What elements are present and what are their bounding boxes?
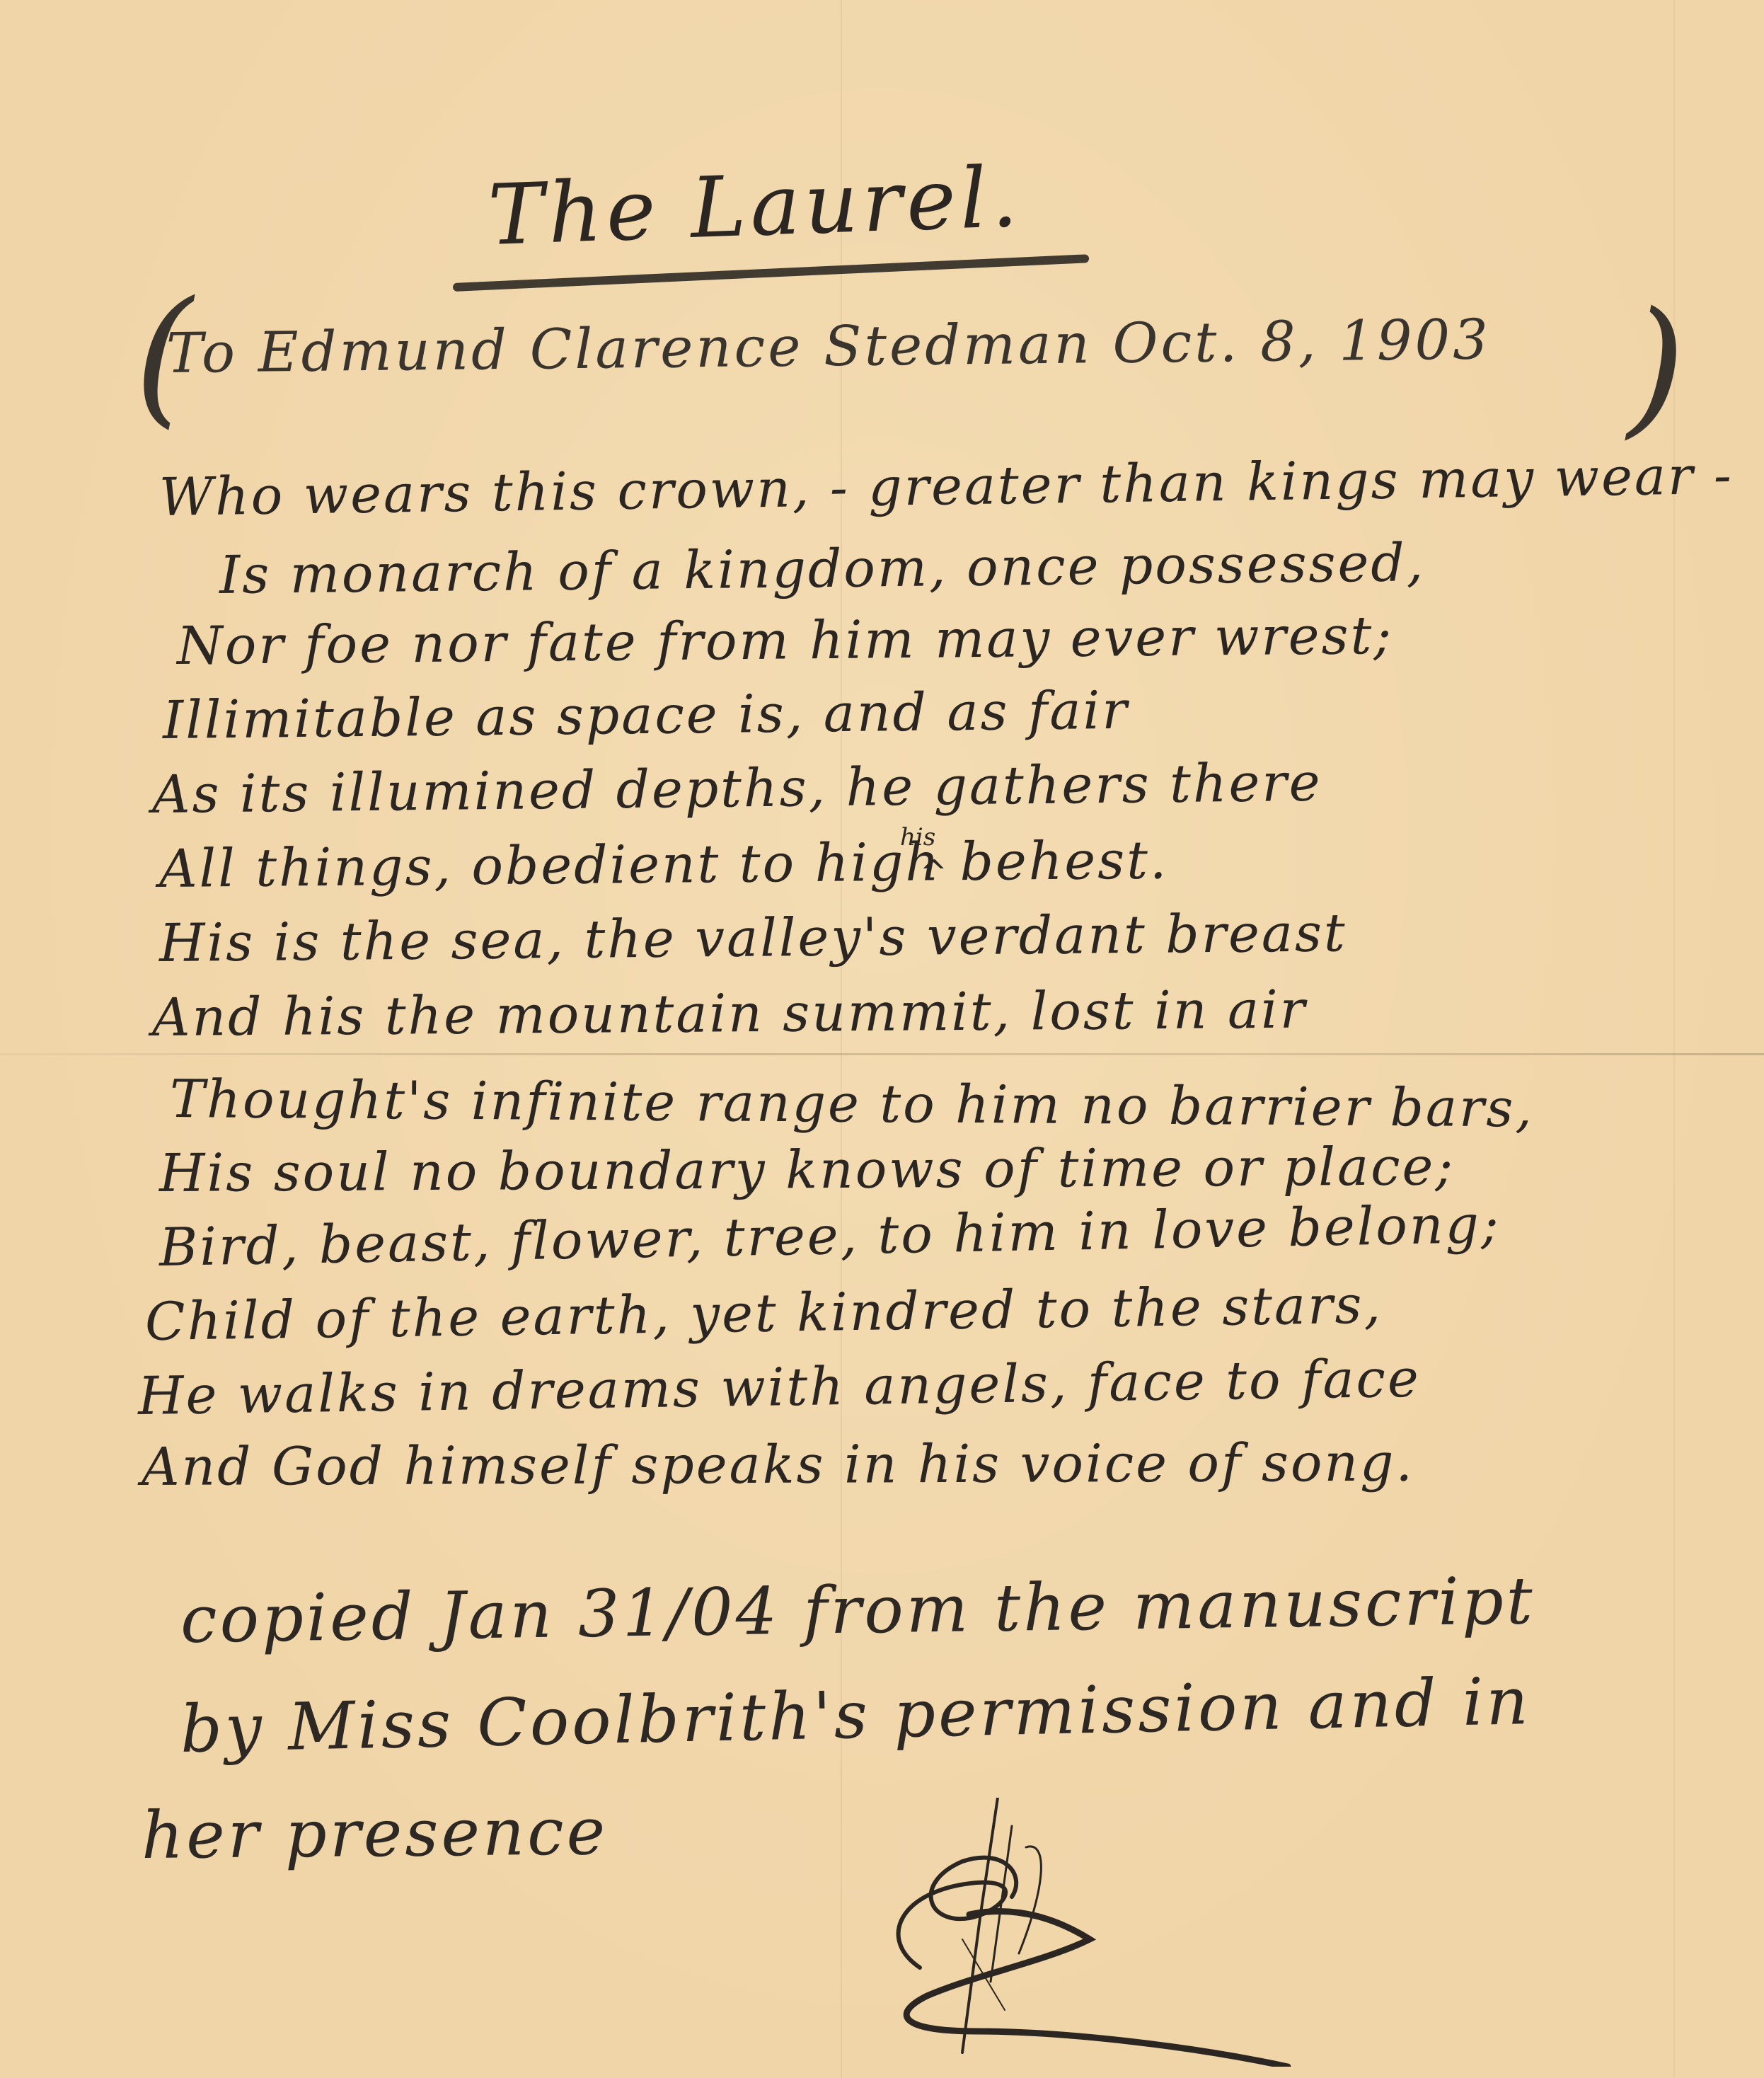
horizontal-fold-crease [0,1053,1764,1055]
inserted-word: his [900,823,935,851]
poem-title: The Laurel. [487,148,1024,264]
verse-line-8: And his the mountain summit, lost in air [152,980,1308,1048]
verse-line-10: His soul no boundary knows of time or pl… [159,1136,1455,1204]
verse-line-4: Illimitable as space is, and as fair [163,680,1129,751]
verse-line-9: Thought's infinite range to him no barri… [170,1069,1535,1139]
dedication-close-paren: ) [1627,280,1685,453]
verse-line-7: His is the sea, the valley's verdant bre… [159,902,1347,974]
copy-note-line-3: her presence [142,1793,609,1873]
verse-line-2: Is monarch of a kingdom, once possessed, [219,532,1426,606]
signature-monogram-icon [792,1798,1302,2067]
verse-line-6: All things, obedient to high behest. [159,830,1169,900]
verse-line-14: And God himself speaks in his voice of s… [142,1433,1414,1498]
verse-line-3: Nor foe nor fate from him may ever wrest… [177,605,1394,677]
verse-line-5: As its illumined depths, he gathers ther… [152,752,1322,825]
insertion-caret: ^ [920,853,947,891]
